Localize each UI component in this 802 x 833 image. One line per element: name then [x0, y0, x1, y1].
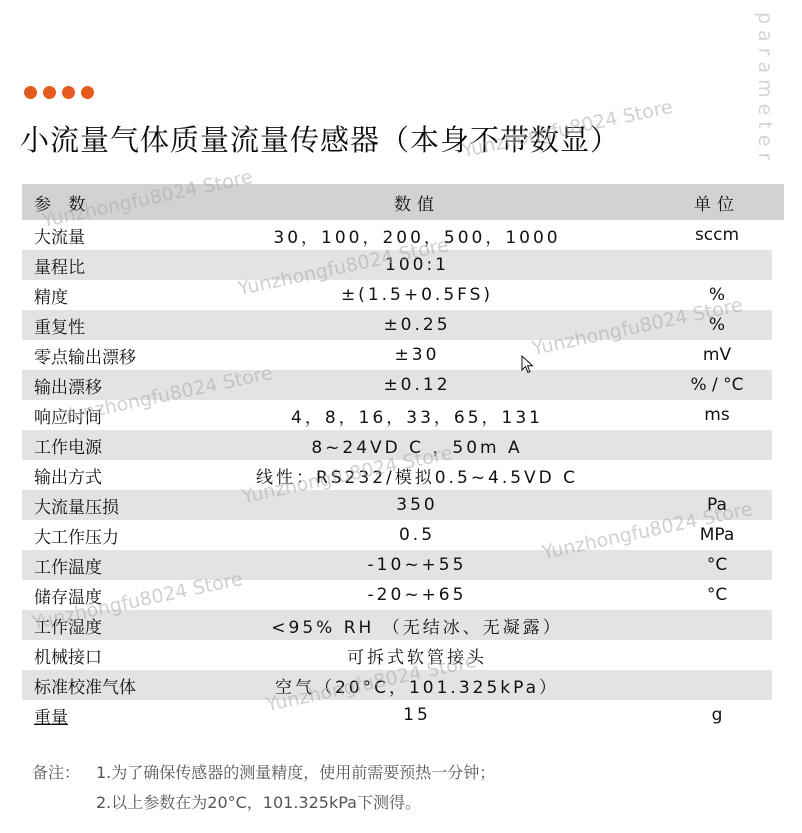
- value-cell: 线性：RS232/模拟0.5~4.5VD C: [212, 463, 622, 488]
- table-row: 重量 15 g: [22, 700, 784, 730]
- dot-icon: [24, 86, 37, 99]
- value-cell: ±(1.5+0.5FS): [212, 285, 622, 305]
- unit-cell: %: [662, 285, 772, 305]
- unit-cell: Pa: [662, 495, 772, 515]
- value-cell: 4，8，16，33，65，131: [212, 403, 622, 428]
- notes-section: 备注： 1.为了确保传感器的测量精度，使用前需要预热一分钟； 2.以上参数在为2…: [32, 758, 495, 818]
- table-row: 量程比 100:1: [22, 250, 772, 280]
- value-cell: -10~+55: [212, 555, 622, 575]
- unit-cell: g: [662, 705, 772, 725]
- table-row: 工作电源 8~24VD C ，50m A: [22, 430, 772, 460]
- table-row: 精度 ±(1.5+0.5FS) %: [22, 280, 784, 310]
- dot-icon: [81, 86, 94, 99]
- unit-cell: °C: [662, 555, 772, 575]
- decorative-dots: [24, 86, 94, 99]
- table-row: 零点输出漂移 ±30 mV: [22, 340, 784, 370]
- unit-cell: % / °C: [662, 375, 772, 395]
- header-unit: 单位: [662, 190, 772, 215]
- param-cell: 响应时间: [34, 403, 102, 428]
- unit-cell: %: [662, 315, 772, 335]
- param-cell: 标准校准气体: [34, 673, 136, 698]
- param-cell: 输出漂移: [34, 373, 102, 398]
- dot-icon: [43, 86, 56, 99]
- mouse-cursor-icon: [521, 355, 535, 375]
- value-cell: 15: [212, 705, 622, 725]
- value-cell: ±30: [212, 345, 622, 365]
- value-cell: ±0.25: [212, 315, 622, 335]
- table-row: 响应时间 4，8，16，33，65，131 ms: [22, 400, 784, 430]
- value-cell: 0.5: [212, 525, 622, 545]
- value-cell: 空气（20°C，101.325kPa）: [212, 673, 622, 698]
- table-row: 大流量压损 350 Pa: [22, 490, 772, 520]
- unit-cell: mV: [662, 345, 772, 365]
- param-cell: 工作湿度: [34, 613, 102, 638]
- table-row: 工作湿度 <95% RH （无结冰、无凝露）: [22, 610, 772, 640]
- header-param: 参 数: [34, 190, 91, 215]
- value-cell: 100:1: [212, 255, 622, 275]
- table-row: 输出方式 线性：RS232/模拟0.5~4.5VD C: [22, 460, 784, 490]
- param-cell: 重量: [34, 703, 68, 728]
- param-cell: 工作电源: [34, 433, 102, 458]
- param-cell: 输出方式: [34, 463, 102, 488]
- unit-cell: MPa: [662, 525, 772, 545]
- side-label-parameter: parameter: [752, 12, 776, 166]
- param-cell: 机械接口: [34, 643, 102, 668]
- unit-cell: °C: [662, 585, 772, 605]
- value-cell: -20~+65: [212, 585, 622, 605]
- table-header-row: 参 数 数值 单位: [22, 184, 784, 220]
- unit-cell: sccm: [662, 225, 772, 245]
- table-row: 机械接口 可拆式软管接头: [22, 640, 784, 670]
- spec-table: 参 数 数值 单位 大流量 30，100，200，500，1000 sccm 量…: [22, 184, 784, 730]
- param-cell: 精度: [34, 283, 68, 308]
- header-value: 数值: [212, 190, 622, 215]
- param-cell: 零点输出漂移: [34, 343, 136, 368]
- table-row: 大工作压力 0.5 MPa: [22, 520, 784, 550]
- param-cell: 大工作压力: [34, 523, 119, 548]
- note-item: 2.以上参数在为20°C，101.325kPa下测得。: [96, 788, 421, 818]
- param-cell: 重复性: [34, 313, 85, 338]
- table-row: 大流量 30，100，200，500，1000 sccm: [22, 220, 784, 250]
- value-cell: <95% RH （无结冰、无凝露）: [212, 613, 622, 638]
- param-cell: 大流量: [34, 223, 85, 248]
- param-cell: 量程比: [34, 253, 85, 278]
- table-row: 工作温度 -10~+55 °C: [22, 550, 772, 580]
- value-cell: 8~24VD C ，50m A: [212, 433, 622, 458]
- param-cell: 储存温度: [34, 583, 102, 608]
- table-row: 储存温度 -20~+65 °C: [22, 580, 784, 610]
- param-cell: 工作温度: [34, 553, 102, 578]
- table-row: 输出漂移 ±0.12 % / °C: [22, 370, 772, 400]
- unit-cell: ms: [662, 405, 772, 425]
- note-item: 1.为了确保传感器的测量精度，使用前需要预热一分钟；: [96, 758, 495, 788]
- value-cell: ±0.12: [212, 375, 622, 395]
- value-cell: 30，100，200，500，1000: [212, 223, 622, 248]
- page-title: 小流量气体质量流量传感器（本身不带数显）: [20, 118, 620, 159]
- table-row: 标准校准气体 空气（20°C，101.325kPa）: [22, 670, 772, 700]
- dot-icon: [62, 86, 75, 99]
- table-row: 重复性 ±0.25 %: [22, 310, 772, 340]
- notes-label: 备注：: [32, 758, 96, 788]
- param-cell: 大流量压损: [34, 493, 119, 518]
- value-cell: 350: [212, 495, 622, 515]
- value-cell: 可拆式软管接头: [212, 643, 622, 668]
